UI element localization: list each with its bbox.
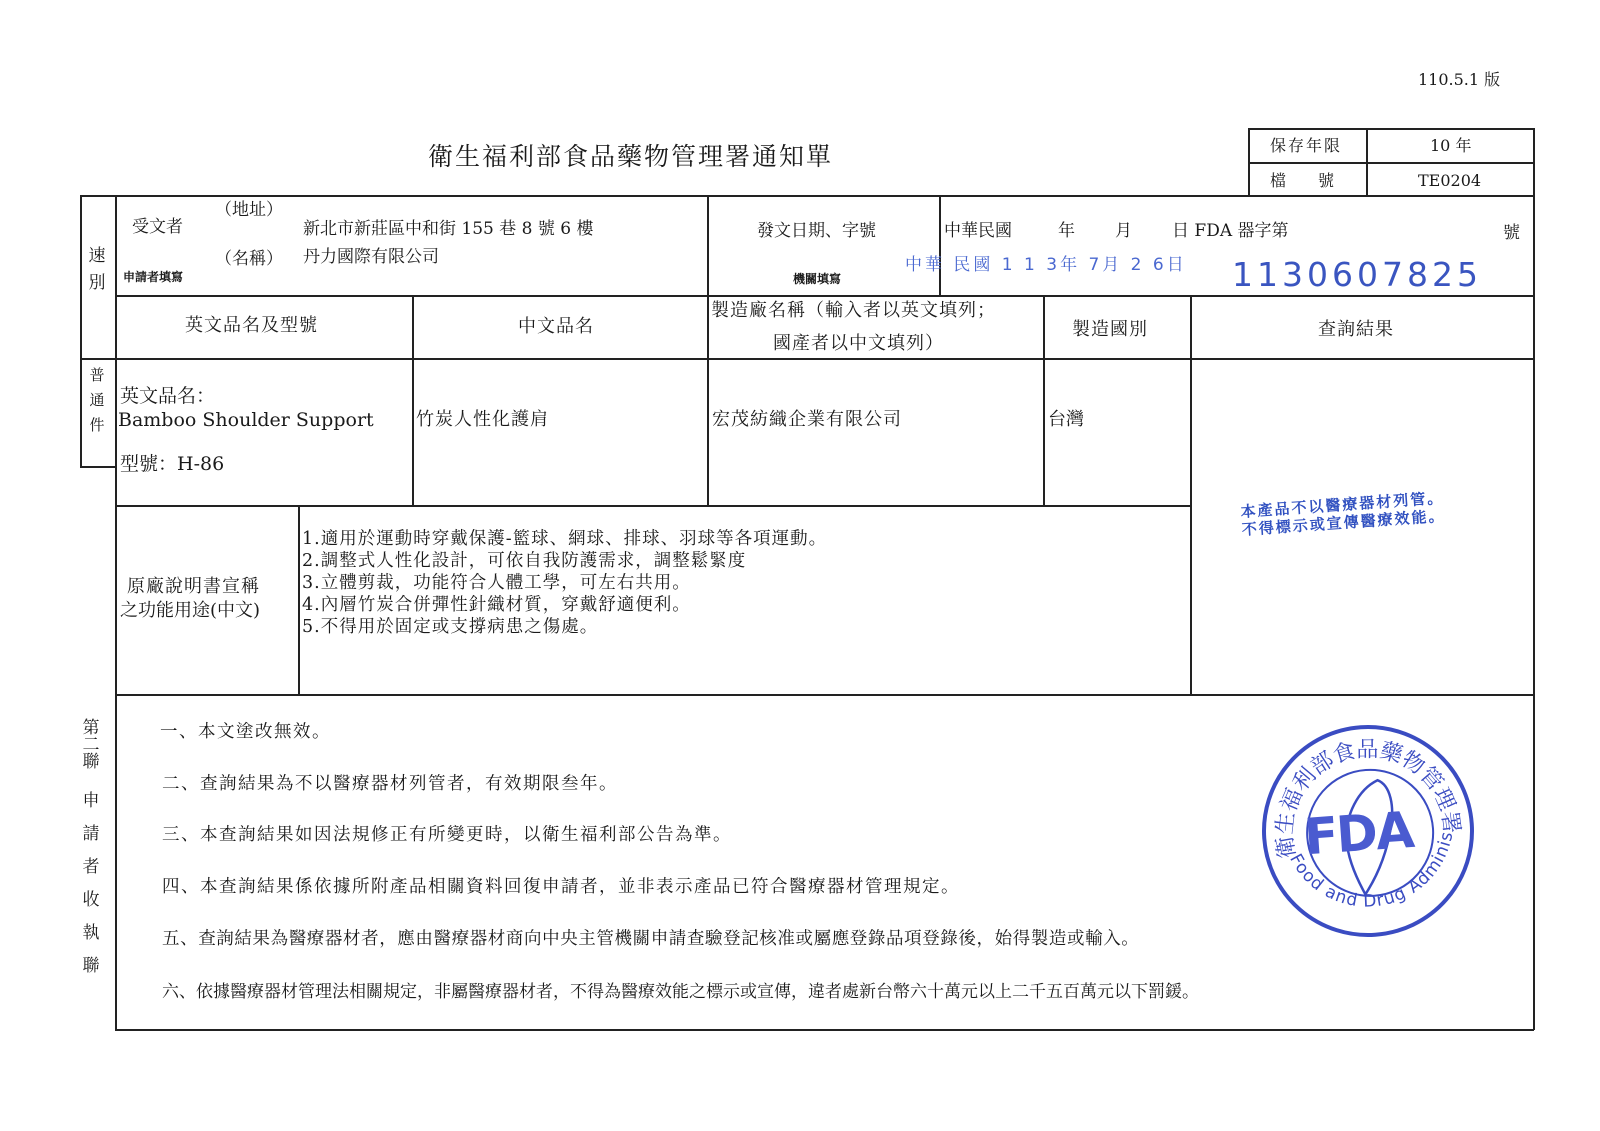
claim-item: 3.立體剪裁，功能符合人體工學，可左右共用。 [302, 572, 827, 594]
issue-template-month: 月 [1115, 221, 1132, 241]
claim-item: 4.內層竹炭合併彈性針織材質，穿戴舒適便利。 [302, 594, 827, 616]
retention-value: 10 年 [1430, 136, 1471, 155]
speed-label: 速別 [86, 248, 108, 292]
header-english-name: 英文品名及型號 [185, 315, 318, 337]
stamped-document-number: 1130607825 [1232, 255, 1482, 295]
claims-label-line1: 原廠說明書宣稱 [127, 576, 260, 598]
country-value: 台灣 [1048, 409, 1084, 431]
form-version: 110.5.1 版 [1418, 70, 1500, 89]
fda-seal: 衛生福利部食品藥物管理署 Food and Drug Administratio… [1255, 718, 1481, 944]
issue-template-year: 年 [1058, 221, 1075, 241]
english-name-value: Bamboo Shoulder Support [118, 409, 374, 432]
recipient-label: 受文者 [132, 217, 183, 237]
header-country: 製造國別 [1072, 319, 1148, 341]
file-number-value: TE0204 [1418, 171, 1481, 190]
address-label: （地址） [215, 200, 283, 220]
note-6: 六、依據醫療器材管理法相關規定，非屬醫療器材者，不得為醫療效能之標示或宣傳，違者… [162, 977, 1199, 1002]
header-result: 查詢結果 [1318, 319, 1394, 341]
agency-fill-note: 機關填寫 [793, 272, 841, 286]
header-chinese-name: 中文品名 [518, 316, 594, 338]
issue-template-number-suffix: 號 [1503, 223, 1520, 243]
note-4: 四、本查詢結果係依據所附產品相關資料回復申請者，並非表示產品已符合醫療器材管理規… [162, 873, 960, 898]
claims-label-line2: 之功能用途(中文) [120, 600, 260, 622]
chinese-name-value: 竹炭人性化護肩 [416, 409, 549, 431]
issue-template-day: 日 FDA 器字第 [1172, 221, 1289, 241]
english-name-label: 英文品名： [120, 385, 215, 408]
note-1: 一、本文塗改無效。 [160, 718, 331, 743]
retention-label: 保存年限 [1270, 136, 1342, 155]
general-mail-label: 普通件 [86, 368, 108, 433]
recipient-name: 丹力國際有限公司 [303, 247, 439, 267]
claim-item: 5.不得用於固定或支撐病患之傷處。 [302, 616, 827, 638]
name-label: （名稱） [215, 249, 283, 269]
claims-list: 1.適用於運動時穿戴保護-籃球、網球、排球、羽球等各項運動。 2.調整式人性化設… [302, 528, 827, 638]
stamped-date: 中華 民國 1 1 3年 7月 2 6日 [905, 255, 1187, 275]
claim-item: 2.調整式人性化設計，可依自我防護需求，調整鬆緊度 [302, 550, 827, 572]
manufacturer-value: 宏茂紡織企業有限公司 [712, 409, 902, 431]
model-number: 型號：H-86 [120, 453, 224, 476]
file-number-label: 檔 號 [1270, 171, 1334, 190]
copy-label: 第二聯 申請者收執聯 [80, 720, 102, 975]
issue-label: 發文日期、字號 [757, 221, 876, 241]
applicant-fill-note: 申請者填寫 [123, 270, 183, 284]
page-title: 衛生福利部食品藥物管理署通知單 [428, 142, 833, 172]
issue-template-roc: 中華民國 [944, 221, 1012, 241]
claim-item: 1.適用於運動時穿戴保護-籃球、網球、排球、羽球等各項運動。 [302, 528, 827, 550]
note-5: 五、查詢結果為醫療器材者，應由醫療器材商向中央主管機關申請查驗登記核准或屬應登錄… [162, 925, 1139, 950]
result-stamp: 本產品不以醫療器材列管。 不得標示或宣傳醫療效能。 [1240, 489, 1446, 539]
recipient-address: 新北市新莊區中和街 155 巷 8 號 6 樓 [303, 219, 594, 239]
note-2: 二、查詢結果為不以醫療器材列管者，有效期限叁年。 [162, 770, 618, 795]
note-3: 三、本查詢結果如因法規修正有所變更時，以衛生福利部公告為準。 [162, 821, 732, 846]
seal-fda-text: FDA [1302, 801, 1414, 866]
header-manufacturer-line2: 國產者以中文填列） [773, 333, 944, 355]
header-manufacturer-line1: 製造廠名稱（輸入者以英文填列； [711, 300, 996, 322]
